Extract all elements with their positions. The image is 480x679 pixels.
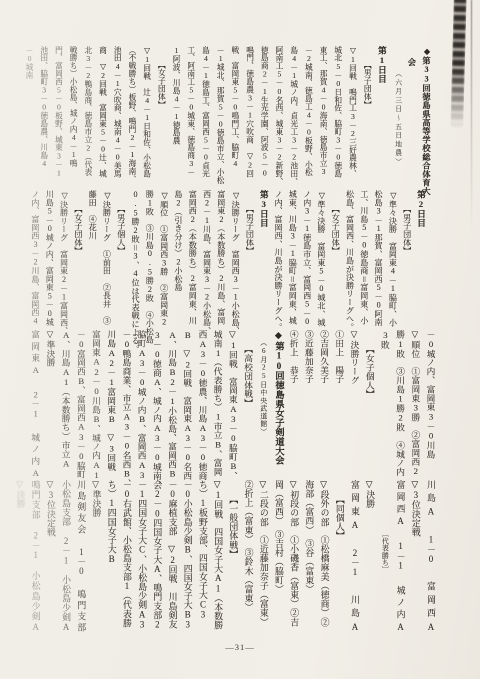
text-column: ④折上 恭子 [286, 330, 301, 478]
text-column: ▽二段の部 ①近藤加奈子（富東） [256, 480, 271, 632]
text-column: 富岡東A 2－1 城ノ内A [28, 330, 43, 478]
text-column: ▽準決勝 [88, 480, 103, 632]
text-column: 島2（引き分け）2小松島 [171, 190, 185, 326]
text-column: 西A3－0徳農、川島A3－0徳商 [195, 330, 210, 478]
text-column: ▽3位決定戦 [43, 480, 58, 632]
text-column: A、川島A1（本数勝ち）市立A [58, 330, 73, 478]
text-column: 小松島支部 2－1 小松島少剣A [58, 480, 73, 632]
section-heading: 【女子団体】 [154, 46, 169, 180]
text-column: ▽1回戦 辻4－1日和佐、小松島 [139, 46, 154, 180]
text-column: －0城南 [21, 46, 36, 180]
text-column: －0麻植支部 ▽2回戦 川島剣友 [164, 480, 179, 632]
text-column: ▽初段の部 ①小磯香（富東）②吉 [286, 480, 301, 632]
text-column: ち）1板野支部、四国女子大C3 [195, 480, 210, 632]
text-column: ▽1回戦 富岡東A3－0脇町B、 [225, 330, 240, 478]
text-column: ▽決勝 [362, 480, 377, 632]
article-title: ◆第33回徳島県高等学校総合体育大 [418, 46, 433, 180]
text-column: 川島剣友会 1－0 鳴門支部 [73, 480, 88, 632]
text-column: ▽準々決勝 富岡東5－0城北、城 [314, 190, 328, 326]
text-column: －0鴨島商業、市立A3－0名西B、 [119, 330, 134, 478]
scanned-page: ―31― ◆第33回徳島県高等学校総合体育大会（六月三日～五日地農）第1日目【男… [0, 0, 480, 679]
text-column: ノ内3－1徳島市立、富岡西5－0 [299, 190, 313, 326]
text-column: 阿南工5－0名西、城東3－2新野、 [271, 46, 286, 180]
text-column: ▽決勝リーグ [347, 330, 362, 478]
text-column: 鳴門支部 2－1 小松島少剣A [28, 480, 43, 632]
text-column: 川島A 1－0 富岡西A [423, 480, 438, 632]
text-column: ③近藤加奈子 [301, 330, 316, 478]
text-column: 0.5勝2敗＝3、4位は代表戦による。 [128, 190, 142, 326]
text-column: 島4－1城ノ内、貞光工3－2池田、 [286, 46, 301, 180]
text-column: 門、富岡西5－0板野、城東3－1 [51, 46, 66, 180]
text-column: 藤田 ④花川 [85, 190, 99, 326]
text-column: 西2－1川島、富岡東3－2小松島、 [199, 190, 213, 326]
text-column: ①田上 陽子 [332, 330, 347, 478]
text-column: 川島A2－1富岡東B ▽3回戦 [104, 330, 119, 478]
text-column: 城南1（代表勝ち）1市立B、富岡 [210, 330, 225, 478]
text-column: 城北5－0日和佐、脇町3－0徳島 [330, 46, 345, 180]
text-column: ②折上（富東） ③鈴木（富東） [240, 480, 255, 632]
page-edge-line [471, 0, 473, 230]
text-column: 〔代表勝ち〕 [377, 480, 392, 632]
text-column: 富岡西2（本数勝ち）2富岡東、川 [185, 190, 199, 326]
text-column: 岡（富西） ③吉村（脇町） [271, 480, 286, 632]
text-column: 富岡東A 2－1 川島A [347, 480, 362, 632]
text-column: ▽準決勝 [43, 330, 58, 478]
text-column: 徳島商2－1生光学園、阿波5－0 [257, 46, 272, 180]
section-heading: 【女子個人】 [362, 330, 377, 478]
text-column: 戦 富岡東5－0鳴門工、脇町4 [227, 46, 242, 180]
text-column: －1四国女子大C、小松島少剣A3 [134, 480, 149, 632]
text-column: 松島、富岡西、川島が決勝リーグへ。 [342, 190, 356, 326]
text-column: 池田、脇町3－0徳島農、川島4 [36, 46, 51, 180]
text-column: ▽順位 ①富岡東3勝 ②富岡西2 [408, 330, 423, 478]
text-column: 鳴門、徳島農3－1穴吹商 ▽2回 [242, 46, 257, 180]
section-heading: 【女子団体】 [71, 190, 85, 326]
text-column: 城東、川島3－1脇町＝富岡東、城 [285, 190, 299, 326]
text-column: 勝1敗 ③川島1勝2敗 ④城ノ内 [392, 330, 407, 478]
band-4: 川島A 1－0 富岡西A▽3位決定戦富岡西A 1－1 城ノ内A〔代表勝ち〕▽決勝… [12, 480, 438, 632]
text-column: 富岡東A2－0川島B、城ノ内A1 [88, 330, 103, 478]
section-heading: 【男子個人】 [113, 190, 127, 326]
text-column: ▽準々決勝 富岡東4－1脇町、小 [385, 190, 399, 326]
band-1: ◆第33回徳島県高等学校総合体育大会（六月三日～五日地農）第1日目【男子団体】▽… [21, 46, 433, 180]
text-column: 富岡西A 1－1 城ノ内A [392, 480, 407, 632]
text-column: ▽決勝 [12, 480, 27, 632]
text-column: －1城北、那賀5－0徳島市立、小松 [212, 46, 227, 180]
date-note: （六月三日～五日地農） [389, 46, 404, 180]
text-column: 池田4－1穴吹商、城南4－0美馬 [110, 46, 125, 180]
text-column: 工、川島5－0徳島商＝富岡東、小 [357, 190, 371, 326]
text-column: 川島5－0城ノ内、富岡東5－0城 [42, 190, 56, 326]
text-column: ▽決勝リーグ ①前田 ②長井 ③ [99, 190, 113, 326]
text-column: B ▽2回戦 富岡東A3－0名西 [180, 330, 195, 478]
section-heading: 【女子団体】 [328, 190, 342, 326]
text-column: ノ内、富岡西、川島が決勝リーグへ。 [271, 190, 285, 326]
text-column: 1阿波、川島4－1徳島農 [168, 46, 183, 180]
text-column: A、川島B2－1小松島、富岡西B [164, 330, 179, 478]
band-2: 第2日目【男子団体】▽準々決勝 富岡東4－1脇町、小松島3－1那賀、富岡西5－0… [28, 190, 428, 326]
text-column: －0右武館、小松島支部1（代表勝 [119, 480, 134, 632]
date-note: （6月25日中央武道館） [256, 330, 271, 478]
text-column: －0富岡西B、富岡西A3－0脇町 [73, 330, 88, 478]
text-column: 会2－0四国女子大A、鳴門支部2 [149, 480, 164, 632]
text-column: ▽段外の部 ①松橋麻美（徳商）② [316, 480, 331, 632]
section-heading: 【男子団体】 [399, 190, 413, 326]
day-heading: 第1日目 [374, 46, 389, 180]
article-title: ◆第10回徳島県女子剣道大会 [271, 330, 286, 478]
section-heading: 【高校団体戦】 [240, 330, 255, 478]
text-column: ▽順位 ①富岡西3勝 ②富岡東2 [156, 190, 170, 326]
text-column: ▽1回戦 四国女子大A1（本数勝 [210, 480, 225, 632]
text-column: 富岡東2（本数勝ち）2川島、富岡 [214, 190, 228, 326]
band-3: －0城ノ内、富岡東3－0川島▽順位 ①富岡東3勝 ②富岡西2勝1敗 ③川島1勝2… [28, 330, 438, 478]
section-heading: 【男子団体】 [242, 190, 256, 326]
text-column: 勝1敗 ③川島0.5勝2敗 ④小松島 [142, 190, 156, 326]
text-column: 脇町A3－0城ノ内B、富岡西A3 [134, 330, 149, 478]
section-heading: 【同個人】 [332, 480, 347, 632]
section-heading: 【一般団体戦】 [225, 480, 240, 632]
text-column: ▽決勝リーグ 富岡西3－1小松島、 [228, 190, 242, 326]
binding-smudge-artifact [450, 0, 466, 129]
text-column: 3敗 [377, 330, 392, 478]
text-column: 戦勝ち）小松島、城ノ内4－1鳴 [65, 46, 80, 180]
day-heading: 第3日目 [256, 190, 270, 326]
text-column: （不戦勝ち）板野、鳴門2－1海南、 [124, 46, 139, 180]
text-column: 北3－2鴨島商、徳島市立2（代表 [80, 46, 95, 180]
text-column: ▽1回戦 鳴門工3－2三好農林、 [345, 46, 360, 180]
text-column: －0小松島少剣B、四国女子大B3 [180, 480, 195, 632]
text-column: ち）1四国女子大B [104, 480, 119, 632]
text-column: 海部（富西） ③谷（富東） [301, 480, 316, 632]
text-column: ②吉岡久美子 [316, 330, 331, 478]
text-column: 商 ▽2回戦 富岡東5－0辻、城 [95, 46, 110, 180]
text-column: 松島3－1那賀、富岡西5－0阿南 [371, 190, 385, 326]
text-column: 島4－1徳島工、富岡西5－0貞光 [198, 46, 213, 180]
text-column: －2城南、徳島工4－0板野、小松 [301, 46, 316, 180]
page-number: ―31― [0, 642, 480, 652]
text-column: 工、阿南工5－0城東、徳島商3－ [183, 46, 198, 180]
text-column: ノ内、富岡西3－2川島、富岡西4 [28, 190, 42, 326]
day-heading: 第2日目 [414, 190, 428, 326]
text-column: 会 [404, 46, 419, 180]
text-column: ▽決勝リーグ 富岡東2－1富岡西、 [56, 190, 70, 326]
section-heading: 【男子団体】 [359, 46, 374, 180]
text-column: －0城ノ内、富岡東3－0川島 [423, 330, 438, 478]
text-column: 東工、那賀4－0海南、徳島市立3 [315, 46, 330, 180]
text-column: ▽3位決定戦 [408, 480, 423, 632]
text-column: 3－0徳商A、城ノ内A3－0城南、 [149, 330, 164, 478]
